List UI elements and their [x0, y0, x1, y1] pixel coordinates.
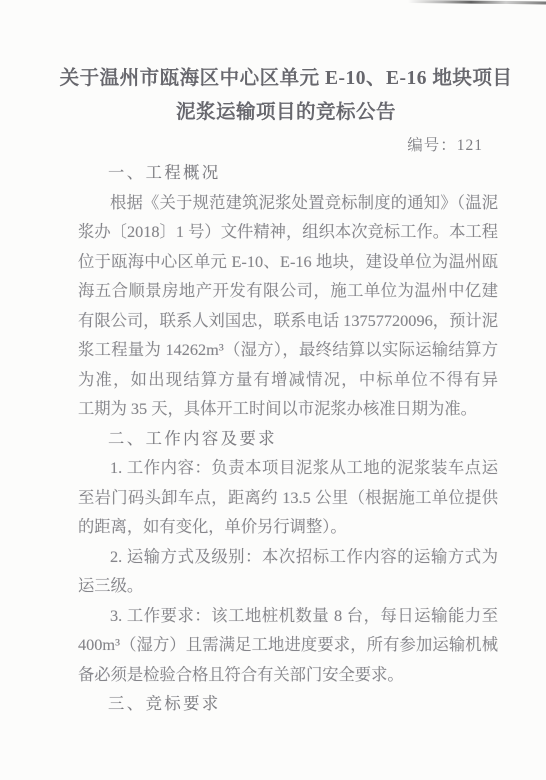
section-heading-2: 二、工作内容及要求: [78, 424, 498, 454]
body-line: 至岩门码头卸车点，距离约 13.5 公里（根据施工单位提供: [78, 483, 498, 513]
body-line: 浆办〔2018〕1 号）文件精神，组织本次竞标工作。本工程: [78, 217, 498, 247]
scanned-document-page: 关于温州市瓯海区中心区单元 E-10、E-16 地块项目 泥浆运输项目的竞标公告…: [0, 0, 546, 780]
body-line: 有限公司，联系人刘国忠，联系电话 13757720096，预计泥: [78, 306, 498, 336]
body-line: 备必须是检验合格且符合有关部门安全要求。: [78, 660, 498, 690]
body-line: 根据《关于规范建筑泥浆处置竞标制度的通知》（温泥: [78, 188, 498, 218]
body-line: 1. 工作内容：负责本项目泥浆从工地的泥浆装车点运输: [78, 453, 498, 483]
section-heading-3: 三、竞标要求: [78, 689, 498, 719]
document-title-line-2: 泥浆运输项目的竞标公告: [26, 96, 546, 130]
document-number: 编号：121: [0, 134, 546, 158]
body-line: 的距离，如有变化，单价另行调整）。: [78, 512, 498, 542]
document-title: 关于温州市瓯海区中心区单元 E-10、E-16 地块项目 泥浆运输项目的竞标公告: [0, 62, 546, 130]
body-line: 位于瓯海中心区单元 E-10、E-16 地块，建设单位为温州瓯: [78, 247, 498, 277]
section-heading-1: 一、工程概况: [78, 158, 498, 188]
document-body: 一、工程概况 根据《关于规范建筑泥浆处置竞标制度的通知》（温泥 浆办〔2018〕…: [78, 158, 498, 719]
body-line: 浆工程量为 14262m³（湿方），最终结算以实际运输结算方量: [78, 335, 498, 365]
document-title-line-1: 关于温州市瓯海区中心区单元 E-10、E-16 地块项目: [26, 62, 546, 96]
scan-streak-artifact: [408, 0, 546, 4]
body-line: 海五合顺景房地产开发有限公司，施工单位为温州中亿建设: [78, 276, 498, 306]
body-line: 2. 运输方式及级别：本次招标工作内容的运输方式为车: [78, 542, 498, 572]
body-line: 运三级。: [78, 571, 498, 601]
body-line: 3. 工作要求：该工地桩机数量 8 台，每日运输能力至少: [78, 601, 498, 631]
body-line: 为准，如出现结算方量有增减情况，中标单位不得有异议，: [78, 365, 498, 395]
body-line: 工期为 35 天，具体开工时间以市泥浆办核准日期为准。: [78, 394, 498, 424]
body-line: 400m³（湿方）且需满足工地进度要求，所有参加运输机械设: [78, 630, 498, 660]
